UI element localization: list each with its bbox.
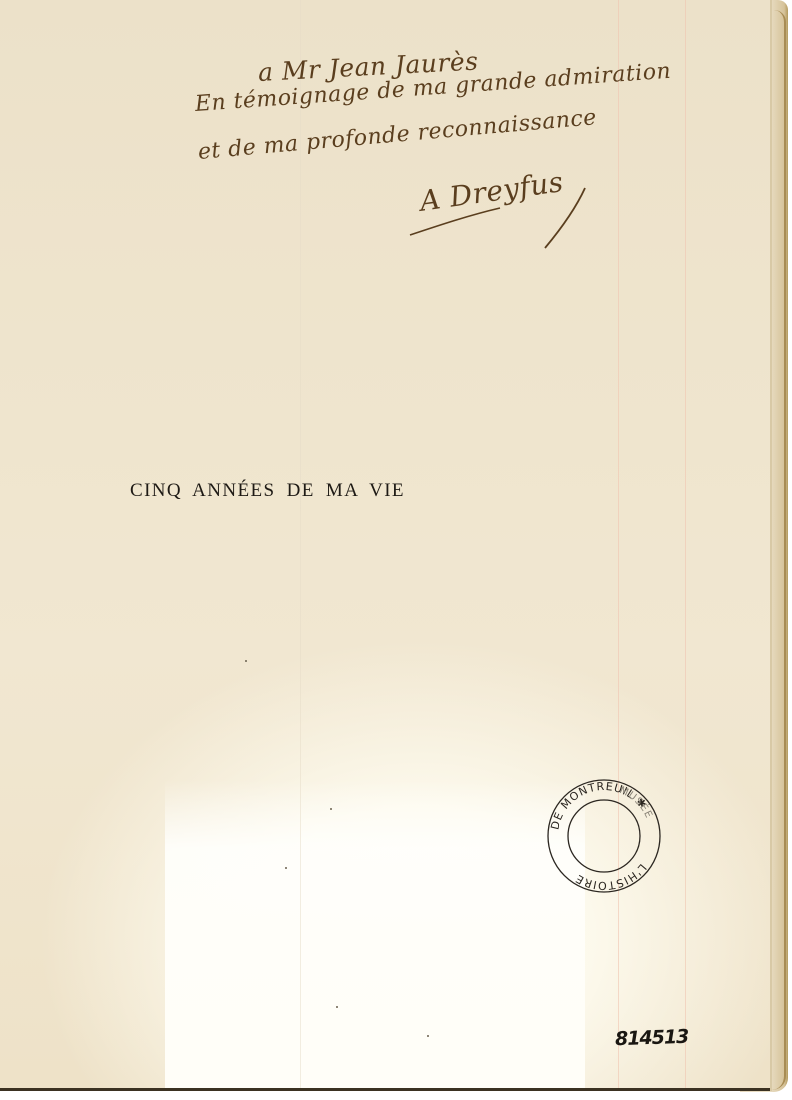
light-reflection (165, 780, 585, 1088)
paper-speck (285, 867, 287, 869)
paper-speck (336, 1006, 338, 1008)
paper-speck (330, 808, 332, 810)
museum-stamp-icon: DE MONTREUIL ✱ L'HISTOIRE MUSÉE (545, 777, 663, 895)
paper-speck (245, 660, 247, 662)
inventory-number: 814513 (615, 1026, 689, 1051)
handwritten-dedication: a Mr Jean Jaurès En témoignage de ma gra… (0, 0, 792, 260)
book-page: a Mr Jean Jaurès En témoignage de ma gra… (0, 0, 770, 1091)
signature-flourish-icon (400, 180, 620, 260)
dedication-line-gratitude: et de ma profonde reconnaissance (197, 105, 598, 165)
book-title: CINQ ANNÉES DE MA VIE (130, 480, 405, 502)
paper-speck (427, 1035, 429, 1037)
